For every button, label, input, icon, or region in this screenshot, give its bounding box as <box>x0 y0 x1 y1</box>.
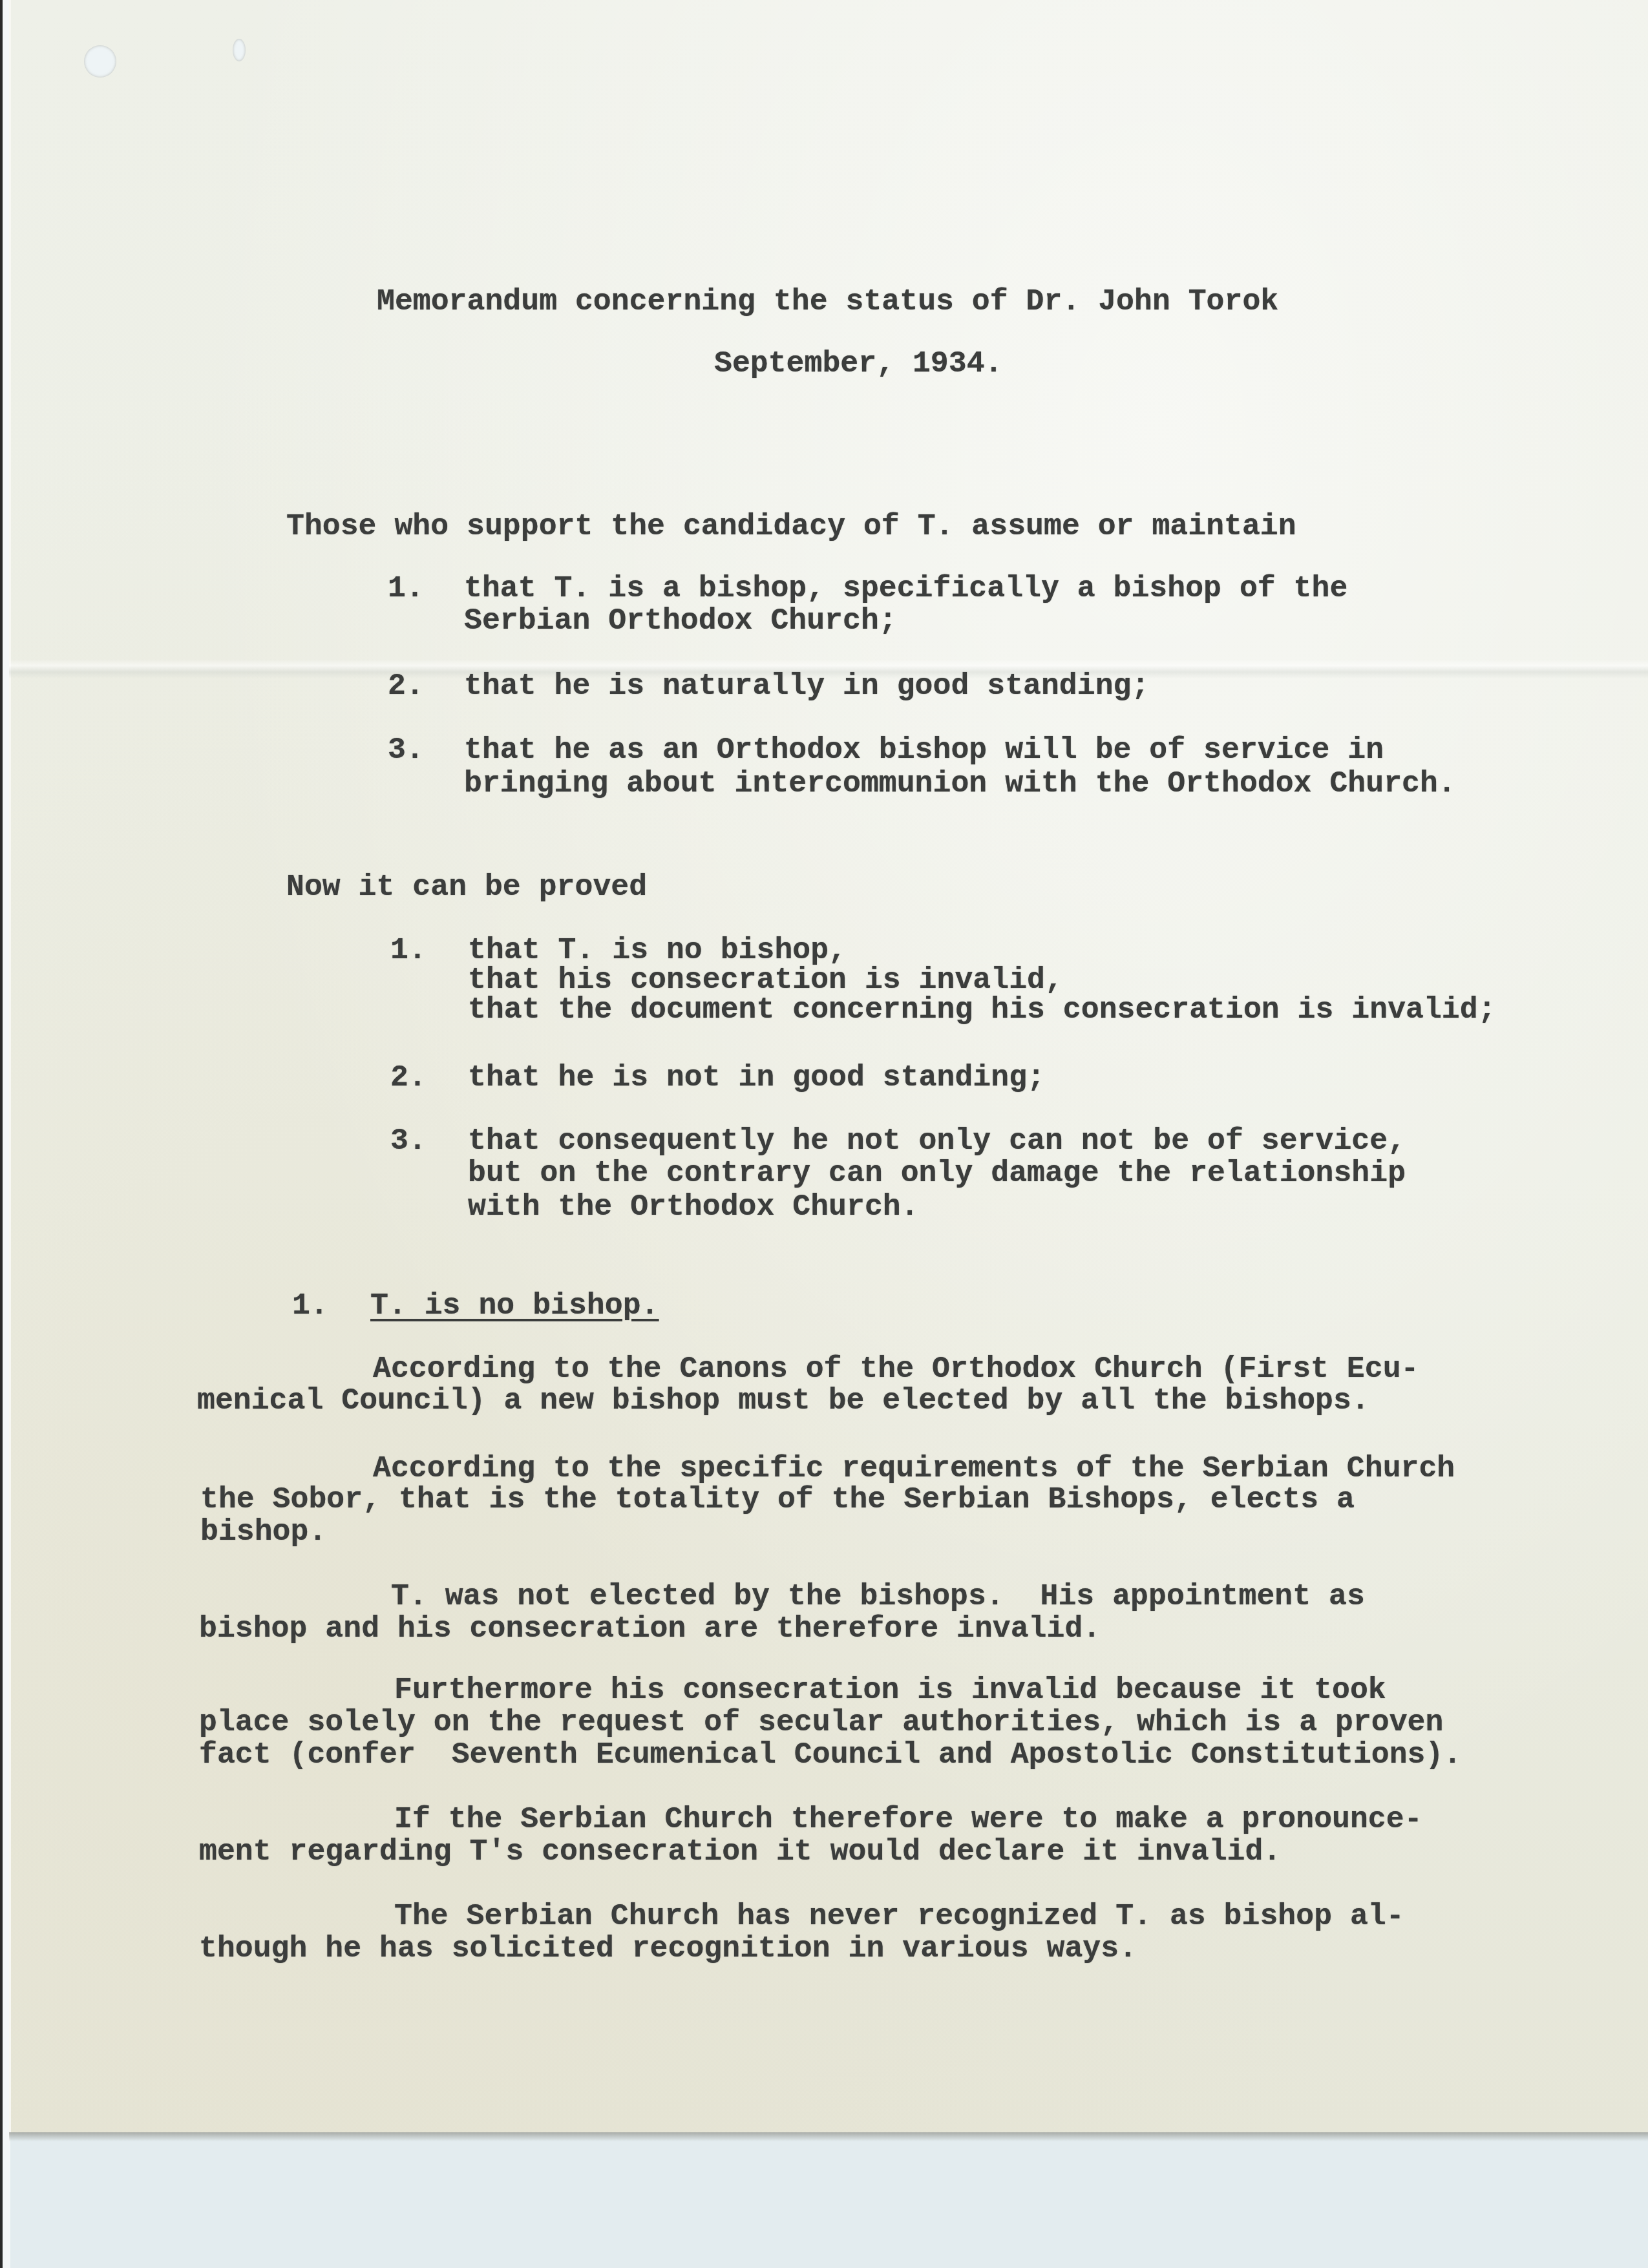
proof-line: with the Orthodox Church. <box>468 1191 919 1223</box>
paragraph-line: though he has solicited recognition in v… <box>199 1933 1137 1965</box>
paragraph-line: According to the Canons of the Orthodox … <box>373 1353 1419 1385</box>
proof-line: but on the contrary can only damage the … <box>468 1157 1406 1190</box>
claim-line: that he is naturally in good standing; <box>464 670 1149 702</box>
section-heading: T. is no bishop. <box>370 1290 659 1322</box>
memo-title: Memorandum concerning the status of Dr. … <box>377 286 1278 318</box>
proof-number: 2. <box>390 1062 427 1094</box>
claim-line: that he as an Orthodox bishop will be of… <box>464 734 1384 766</box>
section-number: 1. <box>292 1290 328 1322</box>
page-bottom-edge <box>9 2132 1648 2141</box>
paragraph-line: the Sobor, that is the totality of the S… <box>200 1484 1355 1516</box>
claim-number: 2. <box>388 670 424 702</box>
proof-line: that the document concerning his consecr… <box>468 994 1496 1026</box>
claim-line: bringing about intercommunion with the O… <box>464 768 1456 800</box>
paragraph-line: Furthermore his consecration is invalid … <box>394 1674 1386 1706</box>
punch-hole-left <box>84 45 116 78</box>
paragraph-line: ment regarding T's consecration it would… <box>199 1836 1281 1868</box>
intro-text: Those who support the candidacy of T. as… <box>286 510 1296 543</box>
proof-number: 1. <box>390 934 427 967</box>
proof-line: that he is not in good standing; <box>468 1062 1045 1094</box>
paragraph-line: bishop and his consecration are therefor… <box>199 1613 1101 1645</box>
paragraph-line: bishop. <box>200 1516 326 1548</box>
memo-date: September, 1934. <box>714 348 1002 380</box>
punch-hole-right <box>233 39 246 61</box>
claim-line: Serbian Orthodox Church; <box>464 605 897 637</box>
paragraph-line: T. was not elected by the bishops. His a… <box>391 1580 1365 1613</box>
paragraph-line: According to the specific requirements o… <box>373 1453 1455 1485</box>
paragraph-line: The Serbian Church has never recognized … <box>394 1900 1404 1933</box>
paragraph-line: place solely on the request of secular a… <box>199 1706 1443 1739</box>
paragraph-line: menical Council) a new bishop must be el… <box>197 1385 1369 1417</box>
proof-number: 3. <box>390 1125 427 1157</box>
claim-number: 1. <box>388 572 424 605</box>
proof-line: that T. is no bishop, <box>468 934 847 967</box>
proof-line: that his consecration is invalid, <box>468 964 1063 996</box>
claim-number: 3. <box>388 734 424 766</box>
proof-intro: Now it can be proved <box>286 871 647 903</box>
proof-line: that consequently he not only can not be… <box>468 1125 1406 1157</box>
claim-line: that T. is a bishop, specifically a bish… <box>464 572 1347 605</box>
paragraph-line: fact (confer Seventh Ecumenical Council … <box>199 1739 1461 1771</box>
paragraph-line: If the Serbian Church therefore were to … <box>394 1803 1422 1836</box>
